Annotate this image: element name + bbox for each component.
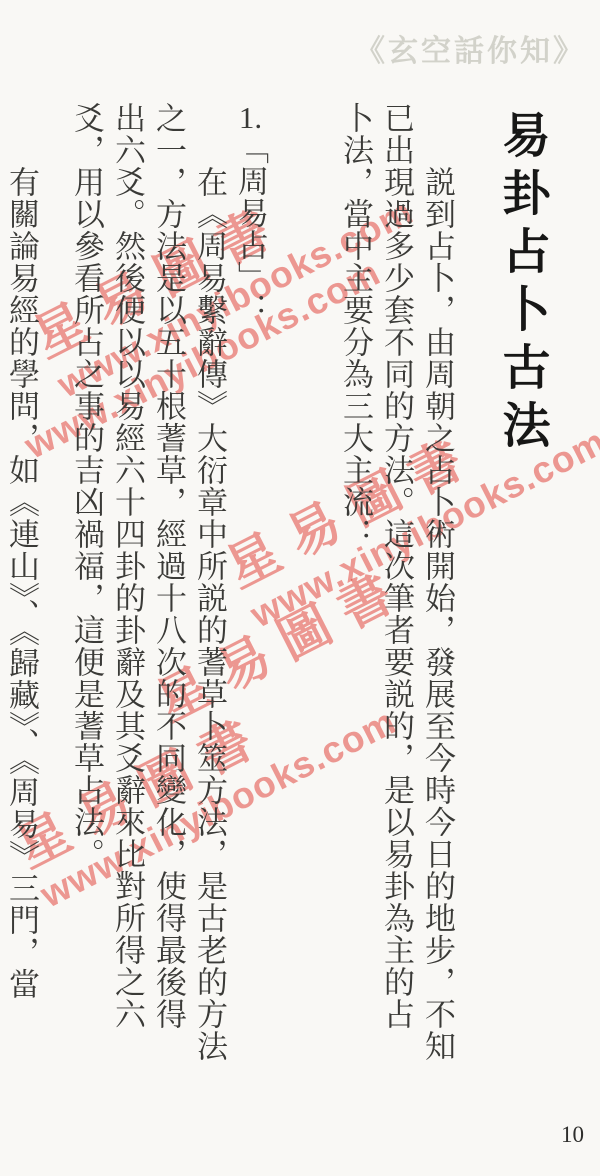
text-column: 卜法，當中主要分為三大主流： bbox=[335, 102, 376, 1102]
text-column-list-item: 1.「周易占」： bbox=[230, 102, 335, 1102]
book-page: 星易圖書 www.xinyibooks.com 星易圖書 www.xinyibo… bbox=[0, 0, 600, 1176]
text-column: 之一，方法是以五十根蓍草，經過十八次的不同變化，使得最後得 bbox=[148, 102, 189, 1102]
text-column: 出六爻。然後便以以易經六十四卦的卦辭及其爻辭來比對所得之六 bbox=[107, 102, 148, 1102]
text-column: 有關論易經的學問，如《連山》、《歸藏》、《周易》三門，當 bbox=[1, 102, 42, 1102]
text-column: 説到占卜，由周朝之占卜術開始，發展至今時今日的地步，不知 bbox=[417, 102, 458, 1102]
chapter-title: 易卦占卜古法 bbox=[487, 110, 556, 458]
list-label: 「周易占」： bbox=[233, 133, 268, 325]
text-column: 已出現過多少套不同的方法。這次筆者要説的，是以易卦為主的占 bbox=[376, 102, 417, 1102]
text-column: 在《周易繫辭傳》大衍章中所説的蓍草卜筮方法，是古老的方法 bbox=[189, 102, 230, 1102]
page-number: 10 bbox=[561, 1122, 584, 1148]
running-header: 《玄空話你知》 bbox=[355, 26, 586, 70]
body-text: 説到占卜，由周朝之占卜術開始，發展至今時今日的地步，不知 已出現過多少套不同的方… bbox=[18, 102, 458, 1102]
text-column: 爻，用以參看所占之事的吉凶禍福，這便是蓍草占法。 bbox=[66, 102, 107, 1102]
list-number: 1. bbox=[233, 102, 268, 133]
